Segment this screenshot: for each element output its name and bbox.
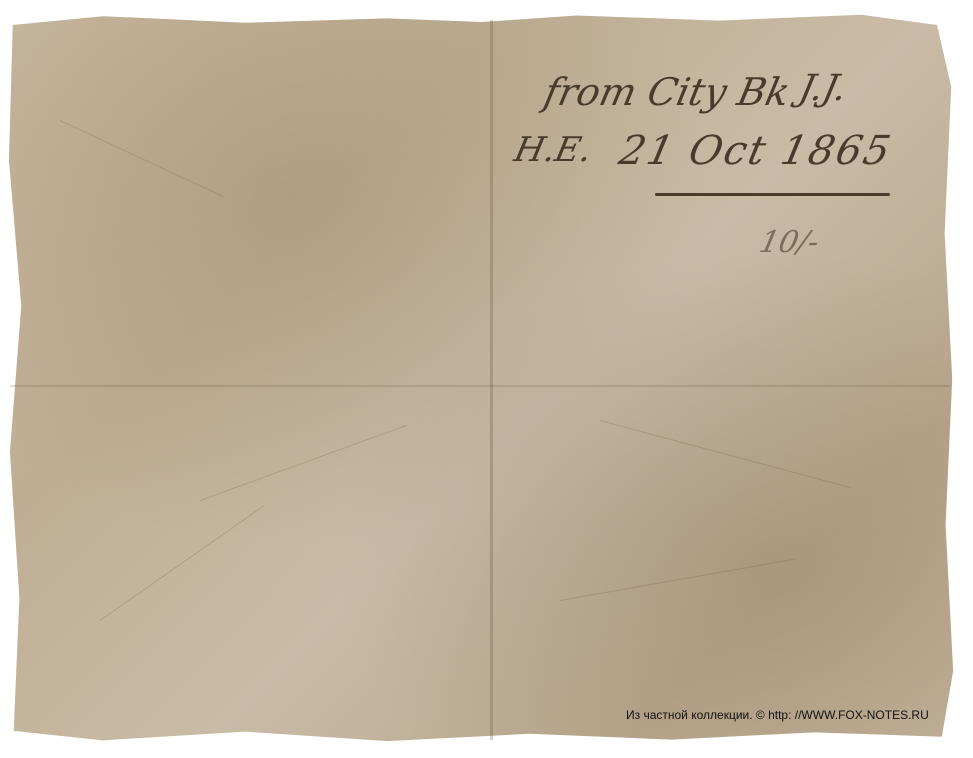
- handwriting-date: 21 Oct 1865: [615, 128, 896, 174]
- banknote-paper: [8, 14, 956, 744]
- handwriting-from-city-bank: from City Bk: [540, 70, 794, 114]
- collection-watermark: Из частной коллекции. © http: //WWW.FOX-…: [626, 708, 929, 722]
- handwriting-underline: [655, 193, 890, 196]
- handwriting-initials-2: H.E.: [511, 130, 596, 170]
- horizontal-fold: [10, 385, 950, 387]
- vertical-fold: [490, 20, 493, 740]
- handwriting-mark: 10/-: [756, 225, 822, 260]
- handwriting-initials: J.J.: [796, 68, 851, 109]
